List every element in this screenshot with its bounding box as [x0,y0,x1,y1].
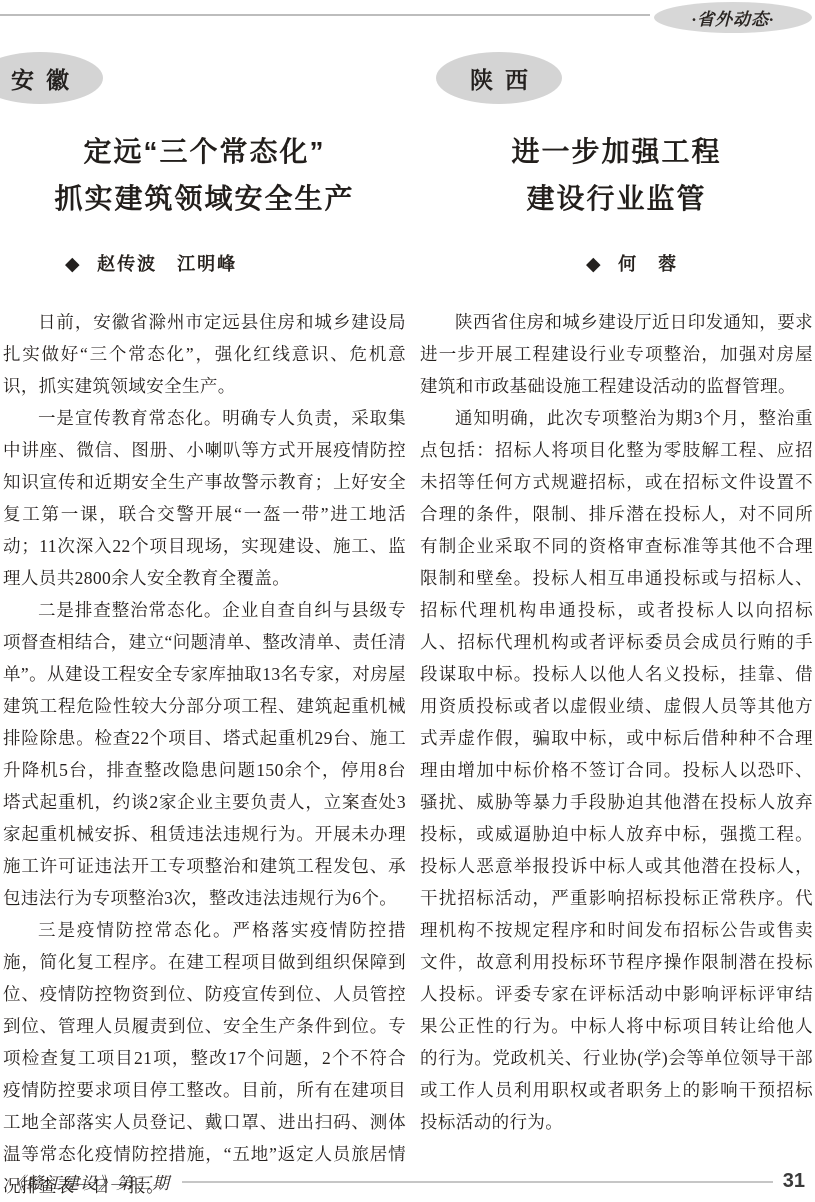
region-label: 陕西 [458,62,540,95]
page-footer: 《赣江建设》第三期 31 [8,1169,805,1194]
author-line-anhui: ◆ 赵传波 江明峰 [65,250,406,276]
magazine-page: ·省外动态· 安徽 定远“三个常态化” 抓实建筑领域安全生产 ◆ 赵传波 江明峰… [0,0,815,1202]
article-shaanxi: 陕西 进一步加强工程 建设行业监管 ◆ 何 蓉 陕西省住房和城乡建设厅近日印发通… [420,0,815,1202]
region-badge-anhui: 安徽 [0,52,103,104]
page-number: 31 [783,1170,805,1193]
paragraph-3: 二是排查整治常态化。企业自查自纠与县级专项督查相结合，建立“问题清单、整改清单、… [3,594,406,914]
title-line-1: 进一步加强工程 [420,128,813,175]
title-line-2: 建设行业监管 [420,175,813,222]
title-line-2: 抓实建筑领域安全生产 [3,175,406,222]
article-title-shaanxi: 进一步加强工程 建设行业监管 [420,128,813,222]
article-title-anhui: 定远“三个常态化” 抓实建筑领域安全生产 [3,128,406,222]
paragraph-2: 通知明确，此次专项整治为期3个月，整治重点包括：招标人将项目化整为零肢解工程、应… [420,402,813,1138]
article-anhui: 安徽 定远“三个常态化” 抓实建筑领域安全生产 ◆ 赵传波 江明峰 日前，安徽省… [0,0,408,1202]
paragraph-2: 一是宣传教育常态化。明确专人负责，采取集中讲座、微信、图册、小喇叭等方式开展疫情… [3,402,406,594]
paragraph-1: 陕西省住房和城乡建设厅近日印发通知，要求进一步开展工程建设行业专项整治，加强对房… [420,306,813,402]
author-names: 赵传波 江明峰 [97,254,237,274]
journal-title: 《赣江建设》第三期 [8,1169,170,1194]
diamond-bullet-icon: ◆ [586,254,601,275]
author-line-shaanxi: ◆ 何 蓉 [586,250,813,276]
article-columns: 安徽 定远“三个常态化” 抓实建筑领域安全生产 ◆ 赵传波 江明峰 日前，安徽省… [0,0,815,1202]
paragraph-1: 日前，安徽省滁州市定远县住房和城乡建设局扎实做好“三个常态化”，强化红线意识、危… [3,306,406,402]
author-names: 何 蓉 [618,254,678,274]
diamond-bullet-icon: ◆ [65,254,80,275]
footer-rule [182,1181,773,1183]
paragraph-4: 三是疫情防控常态化。严格落实疫情防控措施，简化复工程序。在建工程项目做到组织保障… [3,914,406,1202]
region-badge-shaanxi: 陕西 [436,52,562,104]
article-body-anhui: 日前，安徽省滁州市定远县住房和城乡建设局扎实做好“三个常态化”，强化红线意识、危… [3,306,406,1202]
region-label: 安徽 [0,62,81,95]
article-body-shaanxi: 陕西省住房和城乡建设厅近日印发通知，要求进一步开展工程建设行业专项整治，加强对房… [420,306,813,1138]
title-line-1: 定远“三个常态化” [3,128,406,175]
